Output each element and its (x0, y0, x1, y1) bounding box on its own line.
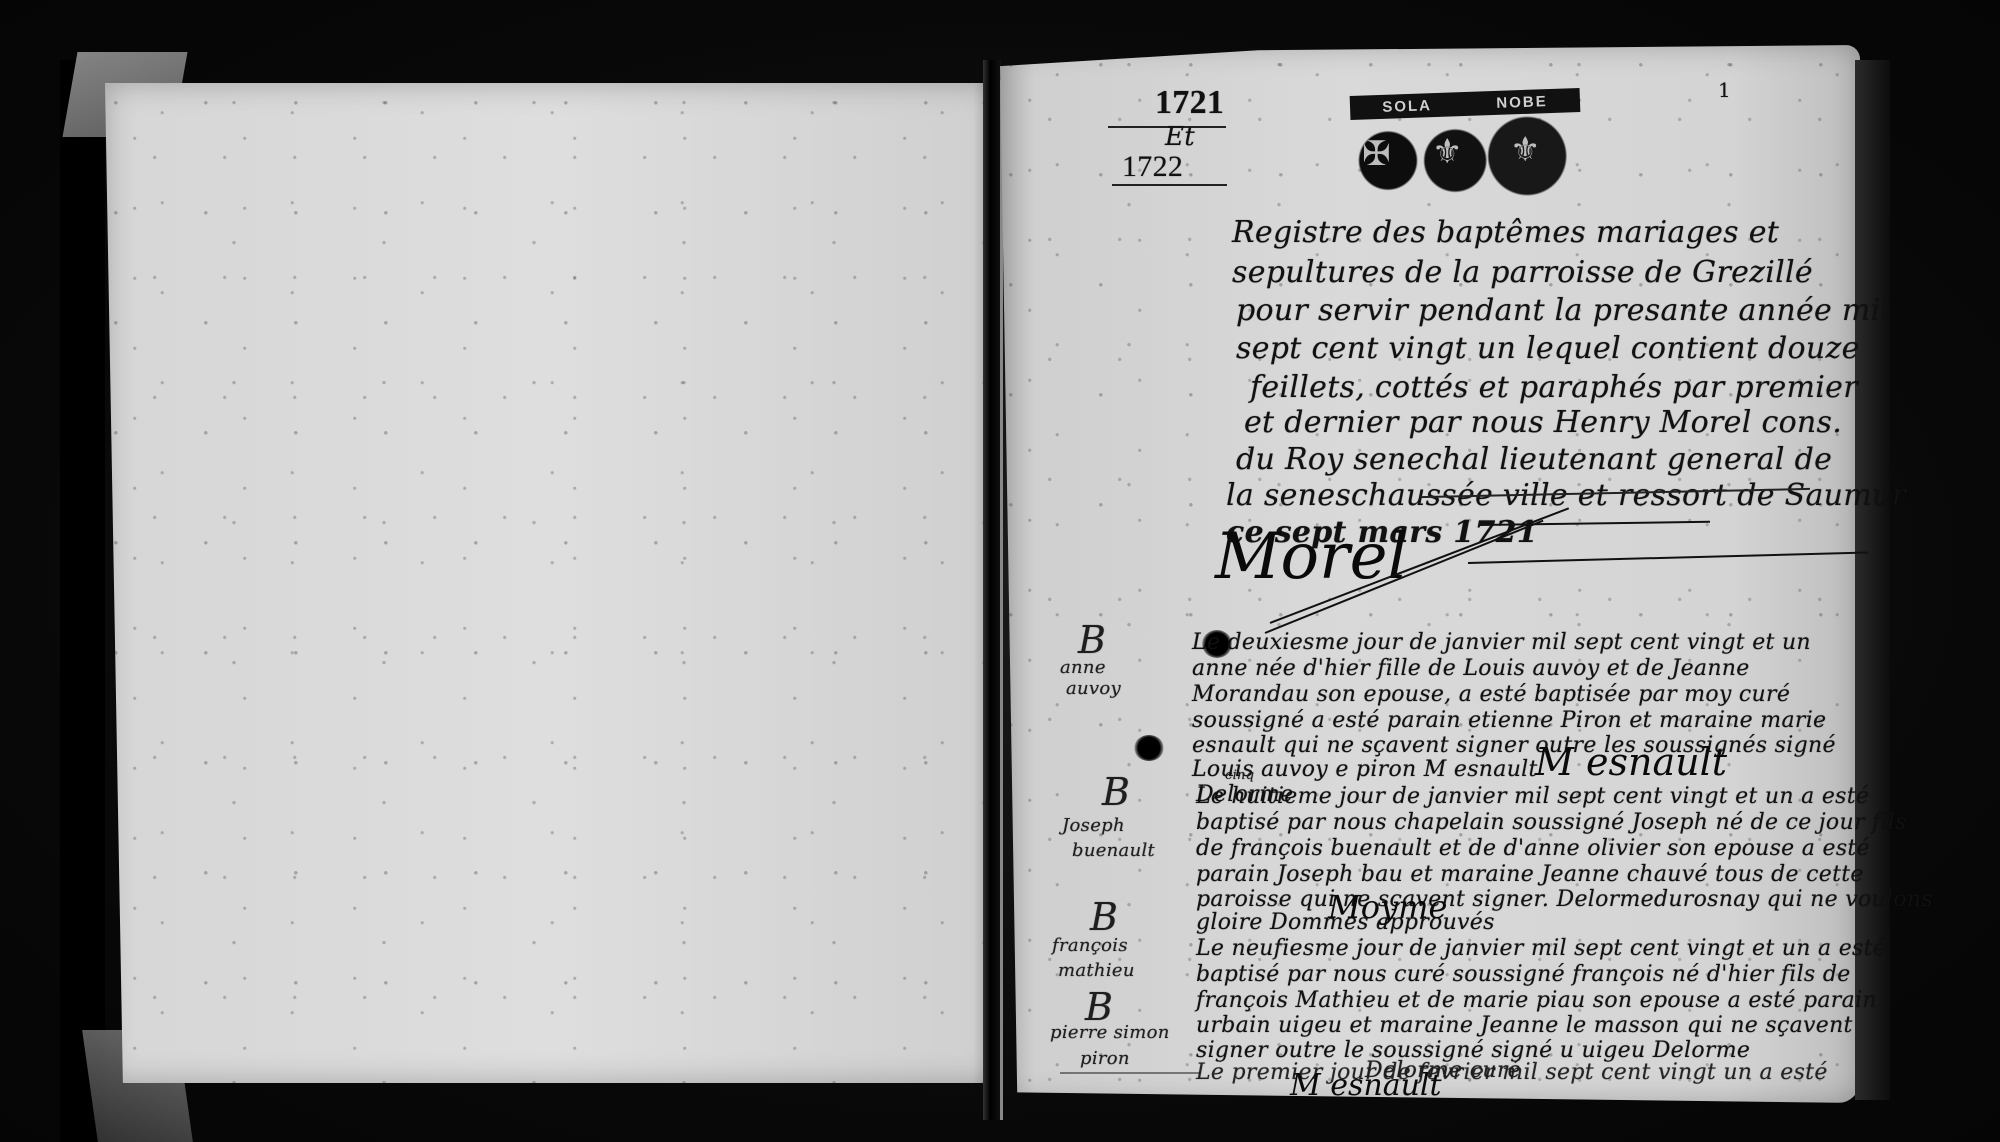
entry-line: esnault qui ne sçavent signer outre les … (1192, 733, 1836, 758)
cross-icon: ✠ (1362, 134, 1391, 174)
margin-name: mathieu (1058, 960, 1135, 981)
title-line: sept cent vingt un lequel contient douze (1236, 331, 1860, 366)
entry-line: anne née d'hier fille de Louis auvoy et … (1192, 656, 1750, 681)
title-line: du Roy senechal lieutenant general de (1236, 442, 1832, 477)
year-end: 1722 (1122, 150, 1183, 184)
entry-line: Le deuxiesme jour de janvier mil sept ce… (1192, 630, 1811, 655)
book-gutter (983, 60, 1001, 1120)
title-line: pour servir pendant la presante année mi… (1236, 293, 1890, 328)
margin-baptism-mark: B (1102, 770, 1130, 814)
signature-esnault: M esnault (1535, 740, 1727, 784)
entry-line: parain Joseph bau et maraine Jeanne chau… (1196, 862, 1864, 887)
header-rule-2 (1112, 184, 1227, 186)
margin-name: anne (1060, 657, 1106, 678)
entry-line: urbain uigeu et maraine Jeanne le masson… (1196, 1013, 1853, 1038)
seal-banner-right: NOBE (1496, 93, 1548, 112)
entry-line: de françois buenault et de d'anne olivie… (1196, 836, 1870, 861)
signature-moyme: Moyme (1328, 888, 1447, 926)
seal-banner-left: SOLA (1382, 97, 1432, 116)
left-page-blank (105, 83, 1000, 1083)
binding-shadow-left (60, 60, 105, 1142)
year-start: 1721 (1155, 84, 1224, 122)
margin-baptism-mark: B (1078, 618, 1106, 662)
margin-name: piron (1080, 1048, 1130, 1069)
folio-number: 1 (1718, 78, 1731, 102)
title-line: et dernier par nous Henry Morel cons. (1244, 405, 1842, 440)
margin-rule (1060, 1072, 1200, 1074)
fleur-de-lis-icon: ⚜ (1510, 130, 1540, 170)
margin-baptism-mark: B (1090, 895, 1118, 939)
official-seal-stamp: SOLA NOBE ✠ ⚜ ⚜ (1340, 92, 1580, 204)
margin-name: françois (1052, 935, 1128, 956)
register-scan: 1721 Et 1722 1 SOLA NOBE ✠ ⚜ ⚜ Registre … (0, 0, 2000, 1142)
title-line: Registre des baptêmes mariages et (1232, 215, 1779, 250)
year-conjunction: Et (1165, 122, 1195, 152)
ink-blot (1134, 735, 1164, 761)
entry-line: Le huitieme jour de janvier mil sept cen… (1196, 784, 1869, 809)
margin-name: pierre simon (1050, 1022, 1170, 1043)
entry-line: paroisse qui ne sçavent signer. Delormed… (1196, 887, 1933, 912)
entry-line: Morandau son epouse, a esté baptisée par… (1192, 682, 1790, 707)
title-line: feillets, cottés et paraphés par premier (1250, 370, 1858, 405)
correction-note: cinq (1225, 768, 1254, 783)
margin-name: buenault (1072, 840, 1155, 861)
signature-morel: Morel (1215, 520, 1408, 594)
entry-line: baptisé par nous chapelain soussigné Jos… (1196, 810, 1907, 835)
signature-delorme: Delorme curé (1365, 1058, 1521, 1083)
title-line: sepultures de la parroisse de Grezillé (1232, 255, 1813, 290)
entry-line: françois Mathieu et de marie piau son ep… (1196, 988, 1877, 1013)
margin-name: auvoy (1066, 678, 1121, 699)
entry-line: baptisé par nous curé soussigné françois… (1196, 962, 1851, 987)
gutter-highlight (1000, 80, 1003, 1120)
entry-line: soussigné a esté parain etienne Piron et… (1192, 708, 1826, 733)
margin-name: Joseph (1062, 815, 1125, 836)
entry-line: Le neufiesme jour de janvier mil sept ce… (1196, 936, 1886, 961)
fleur-de-lis-icon: ⚜ (1432, 132, 1462, 172)
